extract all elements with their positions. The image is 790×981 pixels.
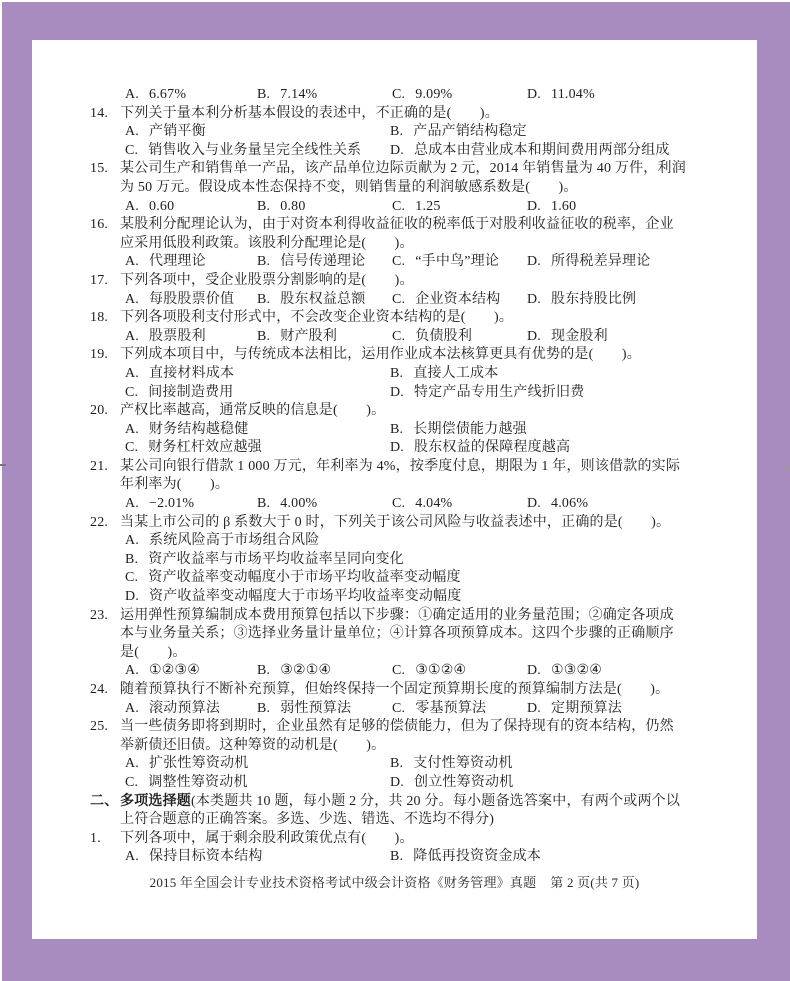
option-item: A.扩张性筹资动机 [125, 755, 390, 774]
scan-background: A.6.67%B.7.14%C.9.09%D.11.04%14.下列关于量本利分… [0, 0, 790, 981]
option-label: D. [390, 385, 404, 400]
question-text: 为 50 万元。假设成本性态保持不变，则销售量的利润敏感系数是( )。 [120, 180, 578, 195]
option-text: 4.06% [551, 496, 588, 511]
option-item: C.1.25 [392, 198, 527, 217]
question-line: 25.当一些债务即将到期时，企业虽然有足够的偿债能力，但为了保持现有的资本结构，… [90, 718, 724, 737]
option-label: A. [125, 124, 139, 139]
option-item: A.−2.01% [125, 495, 257, 514]
question-number: 23. [90, 607, 120, 626]
option-item: A.股票股利 [125, 328, 257, 347]
option-item: C.零基预算法 [392, 700, 527, 719]
option-item: A.每股股票价值 [125, 291, 257, 310]
options-row: A.财务结构越稳健B.长期偿债能力越强 [90, 421, 724, 440]
option-label: D. [527, 496, 541, 511]
option-label: C. [125, 570, 138, 585]
option-item: B.弱性预算法 [257, 700, 392, 719]
option-label: B. [390, 422, 403, 437]
option-item: D.创立性筹资动机 [390, 774, 513, 793]
options-row: A.滚动预算法B.弱性预算法C.零基预算法D.定期预算法 [90, 700, 724, 719]
option-item: B.直接人工成本 [390, 365, 498, 384]
question-number: 21. [90, 458, 120, 477]
option-item: A.滚动预算法 [125, 700, 257, 719]
option-item: B.财产股利 [257, 328, 392, 347]
question-number: 18. [90, 309, 120, 328]
question-text: 当一些债务即将到期时，企业虽然有足够的偿债能力，但为了保持现有的资本结构，仍然 [120, 719, 674, 734]
option-label: A. [125, 533, 139, 548]
option-text: ③②①④ [280, 663, 331, 678]
page-footer: 2015 年全国会计专业技术资格考试中级会计资格《财务管理》真题第 2 页(共 … [32, 872, 757, 891]
question-number: 14. [90, 105, 120, 124]
option-label: A. [125, 199, 139, 214]
option-text: 所得税差异理论 [551, 254, 650, 269]
option-label: A. [125, 422, 139, 437]
option-item: B.信号传递理论 [257, 253, 392, 272]
option-item: D.所得税差异理论 [527, 253, 650, 272]
question-line: 20.产权比率越高，通常反映的信息是( )。 [90, 402, 724, 421]
question-text: 当某上市公司的 β 系数大于 0 时，下列关于该公司风险与收益表述中，正确的是(… [120, 515, 670, 530]
option-label: C. [392, 254, 405, 269]
question-text: 下列各项股利支付形式中，不会改变企业资本结构的是( )。 [120, 310, 513, 325]
option-label: D. [527, 199, 541, 214]
options-row: A.每股股票价值B.股东权益总额C.企业资本结构D.股东持股比例 [90, 291, 724, 310]
question-text: 是( )。 [120, 645, 187, 660]
option-text: 资产收益率变动幅度大于市场平均收益率变动幅度 [149, 589, 461, 604]
registration-mark-left [0, 464, 6, 466]
option-item: B.支付性筹资动机 [390, 755, 513, 774]
options-row: A.直接材料成本B.直接人工成本 [90, 365, 724, 384]
option-text: 直接人工成本 [413, 366, 498, 381]
question-number: 15. [90, 160, 120, 179]
option-item: D.①③②④ [527, 662, 602, 681]
option-label: C. [125, 143, 138, 158]
option-label: D. [527, 329, 541, 344]
option-item: D.股东持股比例 [527, 291, 636, 310]
option-label: B. [257, 663, 270, 678]
option-label: A. [125, 292, 139, 307]
question-line: 17.下列各项中，受企业股票分割影响的是( )。 [90, 272, 724, 291]
option-label: C. [125, 385, 138, 400]
option-item: D.股东权益的保障程度越高 [390, 439, 570, 458]
option-label: B. [257, 199, 270, 214]
option-text: 创立性筹资动机 [414, 775, 513, 790]
option-text: 弱性预算法 [280, 701, 351, 716]
option-text: “手中鸟”理论 [415, 254, 499, 269]
continuation-line: 举新债还旧债。这种筹资的动机是( )。 [90, 737, 724, 756]
footer-page-number: 第 2 页(共 7 页) [550, 875, 639, 890]
option-label: D. [390, 440, 404, 455]
option-item: B.7.14% [257, 86, 392, 105]
option-label: B. [257, 329, 270, 344]
question-text: 本与业务量关系；③选择业务量计量单位；④计算各项预算成本。这四个步骤的正确顺序 [120, 626, 674, 641]
option-text: 财产股利 [280, 329, 337, 344]
option-text: 企业资本结构 [415, 292, 500, 307]
option-text: ①②③④ [149, 663, 200, 678]
option-label: B. [257, 496, 270, 511]
option-item: D.定期预算法 [527, 700, 622, 719]
question-number: 22. [90, 514, 120, 533]
option-label: B. [125, 552, 138, 567]
continuation-line: 是( )。 [90, 644, 724, 663]
question-line: 16.某股利分配理论认为，由于对资本利得收益征收的税率低于对股利收益征收的税率，… [90, 216, 724, 235]
option-label: C. [125, 440, 138, 455]
option-text: 直接材料成本 [149, 366, 234, 381]
option-item: D.11.04% [527, 86, 595, 105]
option-item: C.财务杠杆效应越强 [125, 439, 390, 458]
option-item: C.销售收入与业务量呈完全线性关系 [125, 142, 390, 161]
question-number: 1. [90, 830, 120, 849]
option-item: C.资产收益率变动幅度小于市场平均收益率变动幅度 [125, 569, 461, 588]
option-label: D. [527, 87, 541, 102]
option-text: 产销平衡 [149, 124, 206, 139]
option-text: 调整性筹资动机 [148, 775, 247, 790]
question-text: 年利率为( )。 [120, 477, 229, 492]
option-item: C.调整性筹资动机 [125, 774, 390, 793]
option-text: 0.80 [280, 199, 305, 214]
options-row: A.①②③④B.③②①④C.③①②④D.①③②④ [90, 662, 724, 681]
option-item: A.直接材料成本 [125, 365, 390, 384]
option-text: 销售收入与业务量呈完全线性关系 [148, 143, 361, 158]
option-item: B.股东权益总额 [257, 291, 392, 310]
question-line: 14.下列关于量本利分析基本假设的表述中，不正确的是( )。 [90, 105, 724, 124]
option-label: D. [390, 775, 404, 790]
question-line: 22.当某上市公司的 β 系数大于 0 时，下列关于该公司风险与收益表述中，正确… [90, 514, 724, 533]
option-text: 负债股利 [415, 329, 472, 344]
option-label: C. [392, 496, 405, 511]
option-text: 滚动预算法 [149, 701, 220, 716]
question-line: 19.下列成本项目中，与传统成本法相比，运用作业成本法核算更具有优势的是( )。 [90, 346, 724, 365]
option-item: A.代理理论 [125, 253, 257, 272]
option-item: B.③②①④ [257, 662, 392, 681]
option-label: C. [392, 329, 405, 344]
option-item: B.长期偿债能力越强 [390, 421, 527, 440]
option-text: 现金股利 [551, 329, 608, 344]
option-item: B.产品产销结构稳定 [390, 123, 527, 142]
question-number: 19. [90, 346, 120, 365]
question-text: 产权比率越高，通常反映的信息是( )。 [120, 403, 385, 418]
option-label: B. [257, 292, 270, 307]
option-text: 股票股利 [149, 329, 206, 344]
option-label: C. [392, 663, 405, 678]
registration-mark-right [784, 467, 790, 469]
question-text: 下列关于量本利分析基本假设的表述中，不正确的是( )。 [120, 106, 499, 121]
question-number: 24. [90, 681, 120, 700]
option-text: 降低再投资资金成本 [413, 849, 541, 864]
option-text: 1.25 [415, 199, 440, 214]
option-item: B.4.00% [257, 495, 392, 514]
options-row: A.−2.01%B.4.00%C.4.04%D.4.06% [90, 495, 724, 514]
option-label: B. [257, 254, 270, 269]
section-title: 多项选择题 [120, 794, 191, 809]
continuation-line: 上符合题意的正确答案。多选、少选、错选、不选均不得分) [90, 811, 724, 830]
question-text: (本类题共 10 题，每小题 2 分，共 20 分。每小题备选答案中，有两个或两… [191, 794, 680, 809]
option-label: D. [125, 589, 139, 604]
option-text: 保持目标资本结构 [149, 849, 263, 864]
option-item: A.6.67% [125, 86, 257, 105]
option-text: 特定产品专用生产线折旧费 [414, 385, 584, 400]
footer-title: 2015 年全国会计专业技术资格考试中级会计资格《财务管理》真题 [150, 875, 537, 890]
option-text: 7.14% [280, 87, 317, 102]
option-item: A.①②③④ [125, 662, 257, 681]
option-label: B. [390, 124, 403, 139]
options-row: D.资产收益率变动幅度大于市场平均收益率变动幅度 [90, 588, 724, 607]
option-item: C.9.09% [392, 86, 527, 105]
options-row: C.财务杠杆效应越强D.股东权益的保障程度越高 [90, 439, 724, 458]
option-label: C. [392, 199, 405, 214]
option-item: C.企业资本结构 [392, 291, 527, 310]
continuation-line: 本与业务量关系；③选择业务量计量单位；④计算各项预算成本。这四个步骤的正确顺序 [90, 625, 724, 644]
option-label: D. [527, 292, 541, 307]
option-text: 支付性筹资动机 [413, 756, 512, 771]
option-label: C. [392, 701, 405, 716]
question-text: 下列各项中，属于剩余股利政策优点有( )。 [120, 831, 414, 846]
option-item: C.间接制造费用 [125, 384, 390, 403]
continuation-line: 年利率为( )。 [90, 476, 724, 495]
option-text: 产品产销结构稳定 [413, 124, 527, 139]
options-row: A.代理理论B.信号传递理论C.“手中鸟”理论D.所得税差异理论 [90, 253, 724, 272]
option-label: C. [392, 87, 405, 102]
options-row: C.资产收益率变动幅度小于市场平均收益率变动幅度 [90, 569, 724, 588]
question-text: 下列成本项目中，与传统成本法相比，运用作业成本法核算更具有优势的是( )。 [120, 347, 641, 362]
option-text: 系统风险高于市场组合风险 [149, 533, 319, 548]
option-text: 1.60 [551, 199, 576, 214]
options-row: A.股票股利B.财产股利C.负债股利D.现金股利 [90, 328, 724, 347]
option-text: 0.60 [149, 199, 174, 214]
option-item: D.资产收益率变动幅度大于市场平均收益率变动幅度 [125, 588, 461, 607]
option-item: D.4.06% [527, 495, 588, 514]
options-row: C.间接制造费用D.特定产品专用生产线折旧费 [90, 384, 724, 403]
option-text: 4.04% [415, 496, 452, 511]
option-label: D. [527, 254, 541, 269]
option-label: A. [125, 496, 139, 511]
exam-content: A.6.67%B.7.14%C.9.09%D.11.04%14.下列关于量本利分… [90, 86, 724, 867]
option-text: 总成本由营业成本和期间费用两部分组成 [414, 143, 670, 158]
option-text: 代理理论 [149, 254, 206, 269]
option-label: A. [125, 254, 139, 269]
question-text: 某股利分配理论认为，由于对资本利得收益征收的税率低于对股利收益征收的税率，企业 [120, 217, 674, 232]
option-label: B. [390, 366, 403, 381]
options-row: A.0.60B.0.80C.1.25D.1.60 [90, 198, 724, 217]
option-text: ①③②④ [551, 663, 602, 678]
exam-page: A.6.67%B.7.14%C.9.09%D.11.04%14.下列关于量本利分… [32, 40, 757, 939]
option-text: 股东权益总额 [280, 292, 365, 307]
option-label: A. [125, 701, 139, 716]
option-item: B.降低再投资资金成本 [390, 848, 541, 867]
question-line: 24.随着预算执行不断补充预算，但始终保持一个固定预算期长度的预算编制方法是( … [90, 681, 724, 700]
option-label: A. [125, 849, 139, 864]
option-item: B.0.80 [257, 198, 392, 217]
option-item: D.特定产品专用生产线折旧费 [390, 384, 584, 403]
option-item: A.财务结构越稳健 [125, 421, 390, 440]
option-text: 零基预算法 [415, 701, 486, 716]
question-text: 下列各项中，受企业股票分割影响的是( )。 [120, 273, 414, 288]
question-text: 随着预算执行不断补充预算，但始终保持一个固定预算期长度的预算编制方法是( )。 [120, 682, 669, 697]
option-text: ③①②④ [415, 663, 466, 678]
option-item: D.总成本由营业成本和期间费用两部分组成 [390, 142, 670, 161]
option-text: 扩张性筹资动机 [149, 756, 248, 771]
option-text: 财务结构越稳健 [149, 422, 248, 437]
option-label: B. [390, 756, 403, 771]
options-row: A.6.67%B.7.14%C.9.09%D.11.04% [90, 86, 724, 105]
question-number: 17. [90, 272, 120, 291]
option-label: A. [125, 663, 139, 678]
option-text: 股东持股比例 [551, 292, 636, 307]
options-row: B.资产收益率与市场平均收益率呈同向变化 [90, 551, 724, 570]
option-item: A.0.60 [125, 198, 257, 217]
option-item: C.4.04% [392, 495, 527, 514]
option-text: 股东权益的保障程度越高 [414, 440, 570, 455]
options-row: A.系统风险高于市场组合风险 [90, 532, 724, 551]
option-text: 6.67% [149, 87, 186, 102]
option-text: 11.04% [551, 87, 595, 102]
question-line: 21.某公司向银行借款 1 000 万元，年利率为 4%，按季度付息，期限为 1… [90, 458, 724, 477]
option-text: 4.00% [280, 496, 317, 511]
option-text: 9.09% [415, 87, 452, 102]
question-number: 16. [90, 216, 120, 235]
option-item: C.“手中鸟”理论 [392, 253, 527, 272]
option-label: D. [527, 663, 541, 678]
option-label: A. [125, 366, 139, 381]
option-text: 长期偿债能力越强 [413, 422, 527, 437]
question-text: 应采用低股利政策。该股利分配理论是( )。 [120, 236, 414, 251]
option-label: B. [257, 701, 270, 716]
option-label: A. [125, 756, 139, 771]
options-row: A.产销平衡B.产品产销结构稳定 [90, 123, 724, 142]
continuation-line: 为 50 万元。假设成本性态保持不变，则销售量的利润敏感系数是( )。 [90, 179, 724, 198]
options-row: C.销售收入与业务量呈完全线性关系D.总成本由营业成本和期间费用两部分组成 [90, 142, 724, 161]
option-item: A.产销平衡 [125, 123, 390, 142]
question-text: 某公司向银行借款 1 000 万元，年利率为 4%，按季度付息，期限为 1 年，… [120, 459, 680, 474]
question-text: 某公司生产和销售单一产品，该产品单位边际贡献为 2 元，2014 年销售量为 4… [120, 161, 686, 176]
options-row: A.扩张性筹资动机B.支付性筹资动机 [90, 755, 724, 774]
option-label: D. [390, 143, 404, 158]
option-text: 财务杠杆效应越强 [148, 440, 262, 455]
option-text: −2.01% [149, 496, 194, 511]
option-item: A.系统风险高于市场组合风险 [125, 532, 319, 551]
option-text: 每股股票价值 [149, 292, 234, 307]
question-line: 1.下列各项中，属于剩余股利政策优点有( )。 [90, 830, 724, 849]
question-line: 18.下列各项股利支付形式中，不会改变企业资本结构的是( )。 [90, 309, 724, 328]
option-text: 信号传递理论 [280, 254, 365, 269]
option-text: 资产收益率变动幅度小于市场平均收益率变动幅度 [148, 570, 460, 585]
options-row: C.调整性筹资动机D.创立性筹资动机 [90, 774, 724, 793]
option-label: D. [527, 701, 541, 716]
question-line: 23.运用弹性预算编制成本费用预算包括以下步骤：①确定适用的业务量范围；②确定各… [90, 607, 724, 626]
question-text: 运用弹性预算编制成本费用预算包括以下步骤：①确定适用的业务量范围；②确定各项成 [120, 608, 674, 623]
option-label: B. [390, 849, 403, 864]
options-row: A.保持目标资本结构B.降低再投资资金成本 [90, 848, 724, 867]
question-text: 举新债还旧债。这种筹资的动机是( )。 [120, 738, 385, 753]
option-item: D.现金股利 [527, 328, 608, 347]
question-number: 20. [90, 402, 120, 421]
option-label: A. [125, 87, 139, 102]
section-heading: 二、多项选择题(本类题共 10 题，每小题 2 分，共 20 分。每小题备选答案… [90, 793, 724, 812]
option-label: C. [392, 292, 405, 307]
question-number: 25. [90, 718, 120, 737]
option-item: C.③①②④ [392, 662, 527, 681]
option-item: D.1.60 [527, 198, 576, 217]
option-text: 间接制造费用 [148, 385, 233, 400]
option-label: C. [125, 775, 138, 790]
question-text: 上符合题意的正确答案。多选、少选、错选、不选均不得分) [120, 812, 494, 827]
option-text: 定期预算法 [551, 701, 622, 716]
option-item: B.资产收益率与市场平均收益率呈同向变化 [125, 551, 404, 570]
continuation-line: 应采用低股利政策。该股利分配理论是( )。 [90, 235, 724, 254]
option-text: 资产收益率与市场平均收益率呈同向变化 [148, 552, 404, 567]
question-number: 二、 [90, 793, 120, 812]
question-line: 15.某公司生产和销售单一产品，该产品单位边际贡献为 2 元，2014 年销售量… [90, 160, 724, 179]
option-label: B. [257, 87, 270, 102]
option-item: A.保持目标资本结构 [125, 848, 390, 867]
option-item: C.负债股利 [392, 328, 527, 347]
option-label: A. [125, 329, 139, 344]
